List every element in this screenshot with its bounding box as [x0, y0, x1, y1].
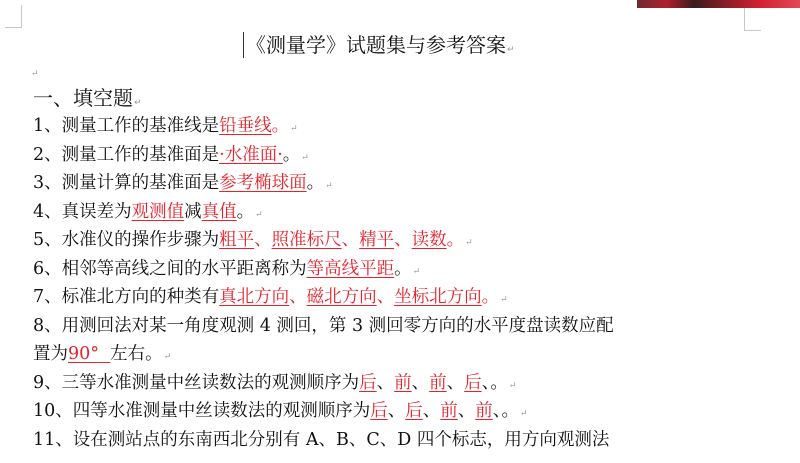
answer: 前: [394, 373, 412, 393]
answer: 后: [464, 373, 482, 393]
text-run: 、: [458, 401, 476, 421]
text-run: 、: [377, 287, 395, 307]
question-9: 9、三等水准测量中丝读数法的观测顺序为后、前、前、后、。↵: [33, 369, 773, 398]
text-run: 、。: [493, 401, 519, 421]
question-10: 10、四等水准测量中丝读数法的观测顺序为后、后、前、前、。↵: [33, 397, 773, 426]
answer: 后: [405, 401, 423, 421]
answer: 粗平: [219, 230, 254, 250]
page-corner-mark-top-left: [5, 5, 22, 28]
paragraph-mark-icon: ↵: [413, 267, 421, 277]
page-corner-mark-top-right: [744, 8, 761, 31]
text-run: 6、: [33, 259, 62, 279]
paragraph-mark-icon: ↵: [290, 124, 298, 134]
section-heading: 一、填空题↵: [33, 84, 773, 112]
paragraph-mark-icon: ↵: [509, 381, 517, 391]
text-run: 11、: [33, 430, 73, 450]
text-run: 、: [254, 230, 272, 250]
empty-paragraph-mark-icon: ↵: [31, 69, 39, 79]
text-run: 、: [412, 373, 430, 393]
paragraph-mark-icon: ↵: [465, 238, 473, 248]
text-run: 设在测站点的东南西北分别有 A、B、C、D 四个标志，用方向观测法: [73, 430, 610, 450]
text-run: 、: [377, 373, 395, 393]
answer: 后: [359, 373, 377, 393]
text-run: 。: [482, 287, 500, 307]
answer: 前: [440, 401, 458, 421]
paragraph-mark-icon: ↵: [520, 409, 528, 419]
document-title[interactable]: 《测量学》试题集与参考答案↵: [243, 32, 515, 60]
text-run: 《测量学》试题集与参考答案: [246, 33, 506, 57]
text-cursor: [243, 32, 244, 58]
text-run: 一、填空题: [33, 86, 133, 110]
text-run: 三等水准测量中丝读数法的观测顺序为: [62, 373, 360, 393]
text-run: 左右。: [110, 344, 163, 364]
text-run: 用测回法对某一角度观测 4 测回，第 3 测回零方向的水平度盘读数应配: [62, 316, 614, 336]
answer: 后: [370, 401, 388, 421]
text-run: 7、: [33, 287, 62, 307]
text-run: 。: [394, 259, 412, 279]
answer: 参考椭球面: [219, 173, 307, 193]
answer: 等高线平距: [307, 259, 395, 279]
answer: 90°: [68, 344, 99, 364]
text-run: 、: [388, 401, 406, 421]
answer: 真北方向: [219, 287, 289, 307]
answer: 照准标尺: [272, 230, 342, 250]
text-run: 置为: [33, 344, 68, 364]
text-run: 测量工作的基准线是: [62, 116, 220, 136]
paragraph-mark-icon: ↵: [500, 295, 508, 305]
question-3: 3、测量计算的基准面是参考椭球面。↵: [33, 169, 773, 198]
header-image-fragment: [637, 0, 800, 8]
paragraph-mark-icon: ↵: [301, 153, 309, 163]
text-run: 减: [184, 202, 202, 222]
paragraph-mark-icon: ↵: [164, 352, 172, 362]
text-run: 标准北方向的种类有: [62, 287, 220, 307]
answer: [99, 344, 110, 364]
question-4: 4、真误差为观测值减真值。↵: [33, 198, 773, 227]
text-run: 1、: [33, 116, 62, 136]
text-run: 四等水准测量中丝读数法的观测顺序为: [73, 401, 371, 421]
answer: 读数: [412, 230, 447, 250]
question-5: 5、水准仪的操作步骤为粗平、照准标尺、精平、读数。↵: [33, 226, 773, 255]
text-run: 。: [307, 173, 325, 193]
paragraph-mark-icon: ↵: [255, 210, 263, 220]
text-run: 测量工作的基准面是: [62, 145, 220, 165]
answer: 铅垂线: [219, 116, 272, 136]
paragraph-mark-icon: ↵: [325, 181, 333, 191]
text-run: 、: [289, 287, 307, 307]
document-body[interactable]: 一、填空题↵ 1、测量工作的基准线是铅垂线。↵ 2、测量工作的基准面是·水准面·…: [33, 84, 773, 454]
paragraph-mark-icon: ↵: [507, 45, 515, 55]
text-run: 4、: [33, 202, 62, 222]
text-run: 水准仪的操作步骤为: [62, 230, 220, 250]
answer: ·水准面·: [219, 145, 283, 165]
answer: 磁北方向: [307, 287, 377, 307]
text-run: 、。: [482, 373, 508, 393]
answer: 前: [429, 373, 447, 393]
answer: 坐标北方向: [394, 287, 482, 307]
question-11: 11、设在测站点的东南西北分别有 A、B、C、D 四个标志，用方向观测法: [33, 426, 773, 455]
text-run: 5、: [33, 230, 62, 250]
text-run: 、: [447, 373, 465, 393]
text-run: 3、: [33, 173, 62, 193]
text-run: 。: [447, 230, 465, 250]
text-run: 真误差为: [62, 202, 132, 222]
answer: 前: [475, 401, 493, 421]
answer: 精平: [359, 230, 394, 250]
text-run: 。: [272, 116, 290, 136]
text-run: 相邻等高线之间的水平距离称为: [62, 259, 307, 279]
question-6: 6、相邻等高线之间的水平距离称为等高线平距。↵: [33, 255, 773, 284]
question-1: 1、测量工作的基准线是铅垂线。↵: [33, 112, 773, 141]
text-run: 、: [394, 230, 412, 250]
text-run: 测量计算的基准面是: [62, 173, 220, 193]
text-run: 2、: [33, 145, 62, 165]
text-run: 、: [342, 230, 360, 250]
text-run: 8、: [33, 316, 62, 336]
question-8-continued: 置为90° 左右。↵: [33, 340, 773, 369]
question-7: 7、标准北方向的种类有真北方向、磁北方向、坐标北方向。↵: [33, 283, 773, 312]
text-run: 。: [237, 202, 255, 222]
answer: 观测值: [132, 202, 185, 222]
paragraph-mark-icon: ↵: [134, 98, 142, 108]
text-run: 10、: [33, 401, 73, 421]
text-run: 。: [283, 145, 301, 165]
question-8: 8、用测回法对某一角度观测 4 测回，第 3 测回零方向的水平度盘读数应配: [33, 312, 773, 341]
text-run: 、: [423, 401, 441, 421]
text-run: 9、: [33, 373, 62, 393]
answer: 真值: [202, 202, 237, 222]
question-2: 2、测量工作的基准面是·水准面·。↵: [33, 141, 773, 170]
